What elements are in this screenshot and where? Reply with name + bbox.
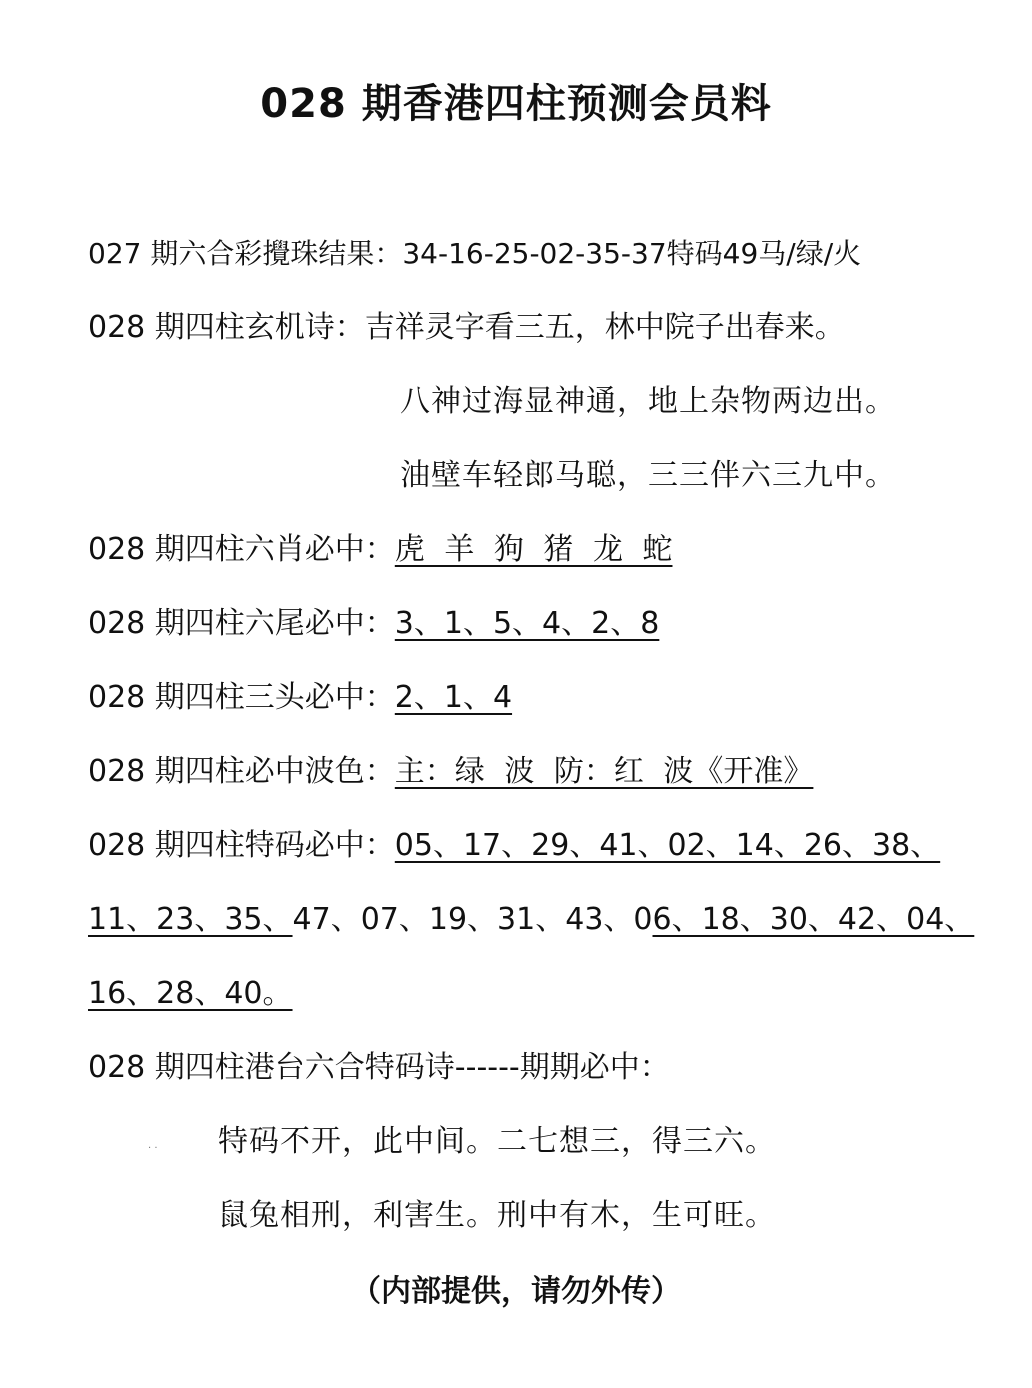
footer-note: （内部提供，请勿外传）	[0, 1266, 1032, 1310]
stray-dots: . .	[148, 1140, 158, 1151]
six-tails-line: 028 期四柱六尾必中：3、1、5、4、2、8	[88, 604, 659, 644]
special-codes-value-2c: 6、18、30、42、04、	[653, 902, 975, 937]
poem-label: 028 期四柱玄机诗：	[88, 310, 365, 345]
special-codes-value-1: 05、17、29、41、02、14、26、38、	[395, 828, 940, 863]
hk-poem-heading: 028 期四柱港台六合特码诗------期期必中：	[88, 1048, 670, 1088]
three-heads-line: 028 期四柱三头必中：2、1、4	[88, 678, 512, 718]
wave-color-label: 028 期四柱必中波色：	[88, 754, 395, 789]
poem-line-3: 油壁车轻郎马聪，三三伴六三九中。	[400, 456, 896, 496]
six-zodiac-label: 028 期四柱六肖必中：	[88, 532, 395, 567]
draw-result-value: 34-16-25-02-35-37特码49马/绿/火	[402, 237, 861, 270]
hk-poem-line-1: 特码不开，此中间。二七想三，得三六。	[218, 1122, 776, 1162]
six-tails-label: 028 期四柱六尾必中：	[88, 606, 395, 641]
special-codes-value-2a: 11、23、35、	[88, 902, 293, 937]
wave-color-line: 028 期四柱必中波色：主：绿 波 防：红 波《开准》	[88, 752, 813, 792]
hk-poem-line-2: 鼠兔相刑，利害生。刑中有木，生可旺。	[218, 1196, 776, 1236]
special-codes-value-2b: 47、07、19、31、43、0	[293, 902, 653, 937]
special-codes-label: 028 期四柱特码必中：	[88, 828, 395, 863]
three-heads-label: 028 期四柱三头必中：	[88, 680, 395, 715]
poem-text-1: 吉祥灵字看三五，林中院子出春来。	[365, 310, 845, 345]
poem-line-2: 八神过海显神通，地上杂物两边出。	[400, 382, 896, 422]
three-heads-value: 2、1、4	[395, 680, 512, 715]
poem-line-1: 028 期四柱玄机诗：吉祥灵字看三五，林中院子出春来。	[88, 308, 845, 348]
six-zodiac-line: 028 期四柱六肖必中：虎 羊 狗 猪 龙 蛇	[88, 530, 672, 570]
special-codes-line-1: 028 期四柱特码必中：05、17、29、41、02、14、26、38、	[88, 826, 940, 866]
wave-color-value: 主：绿 波 防：红 波《开准》	[395, 754, 814, 789]
six-zodiac-value: 虎 羊 狗 猪 龙 蛇	[395, 532, 673, 567]
special-codes-line-3: 16、28、40。	[88, 974, 293, 1014]
draw-result-label: 027 期六合彩攪珠结果：	[88, 237, 402, 270]
page-title: 028 期香港四柱预测会员料	[0, 72, 1032, 129]
six-tails-value: 3、1、5、4、2、8	[395, 606, 660, 641]
special-codes-line-2: 11、23、35、47、07、19、31、43、06、18、30、42、04、	[88, 900, 974, 940]
draw-result: 027 期六合彩攪珠结果：34-16-25-02-35-37特码49马/绿/火	[88, 234, 861, 274]
special-codes-value-3: 16、28、40。	[88, 976, 293, 1011]
